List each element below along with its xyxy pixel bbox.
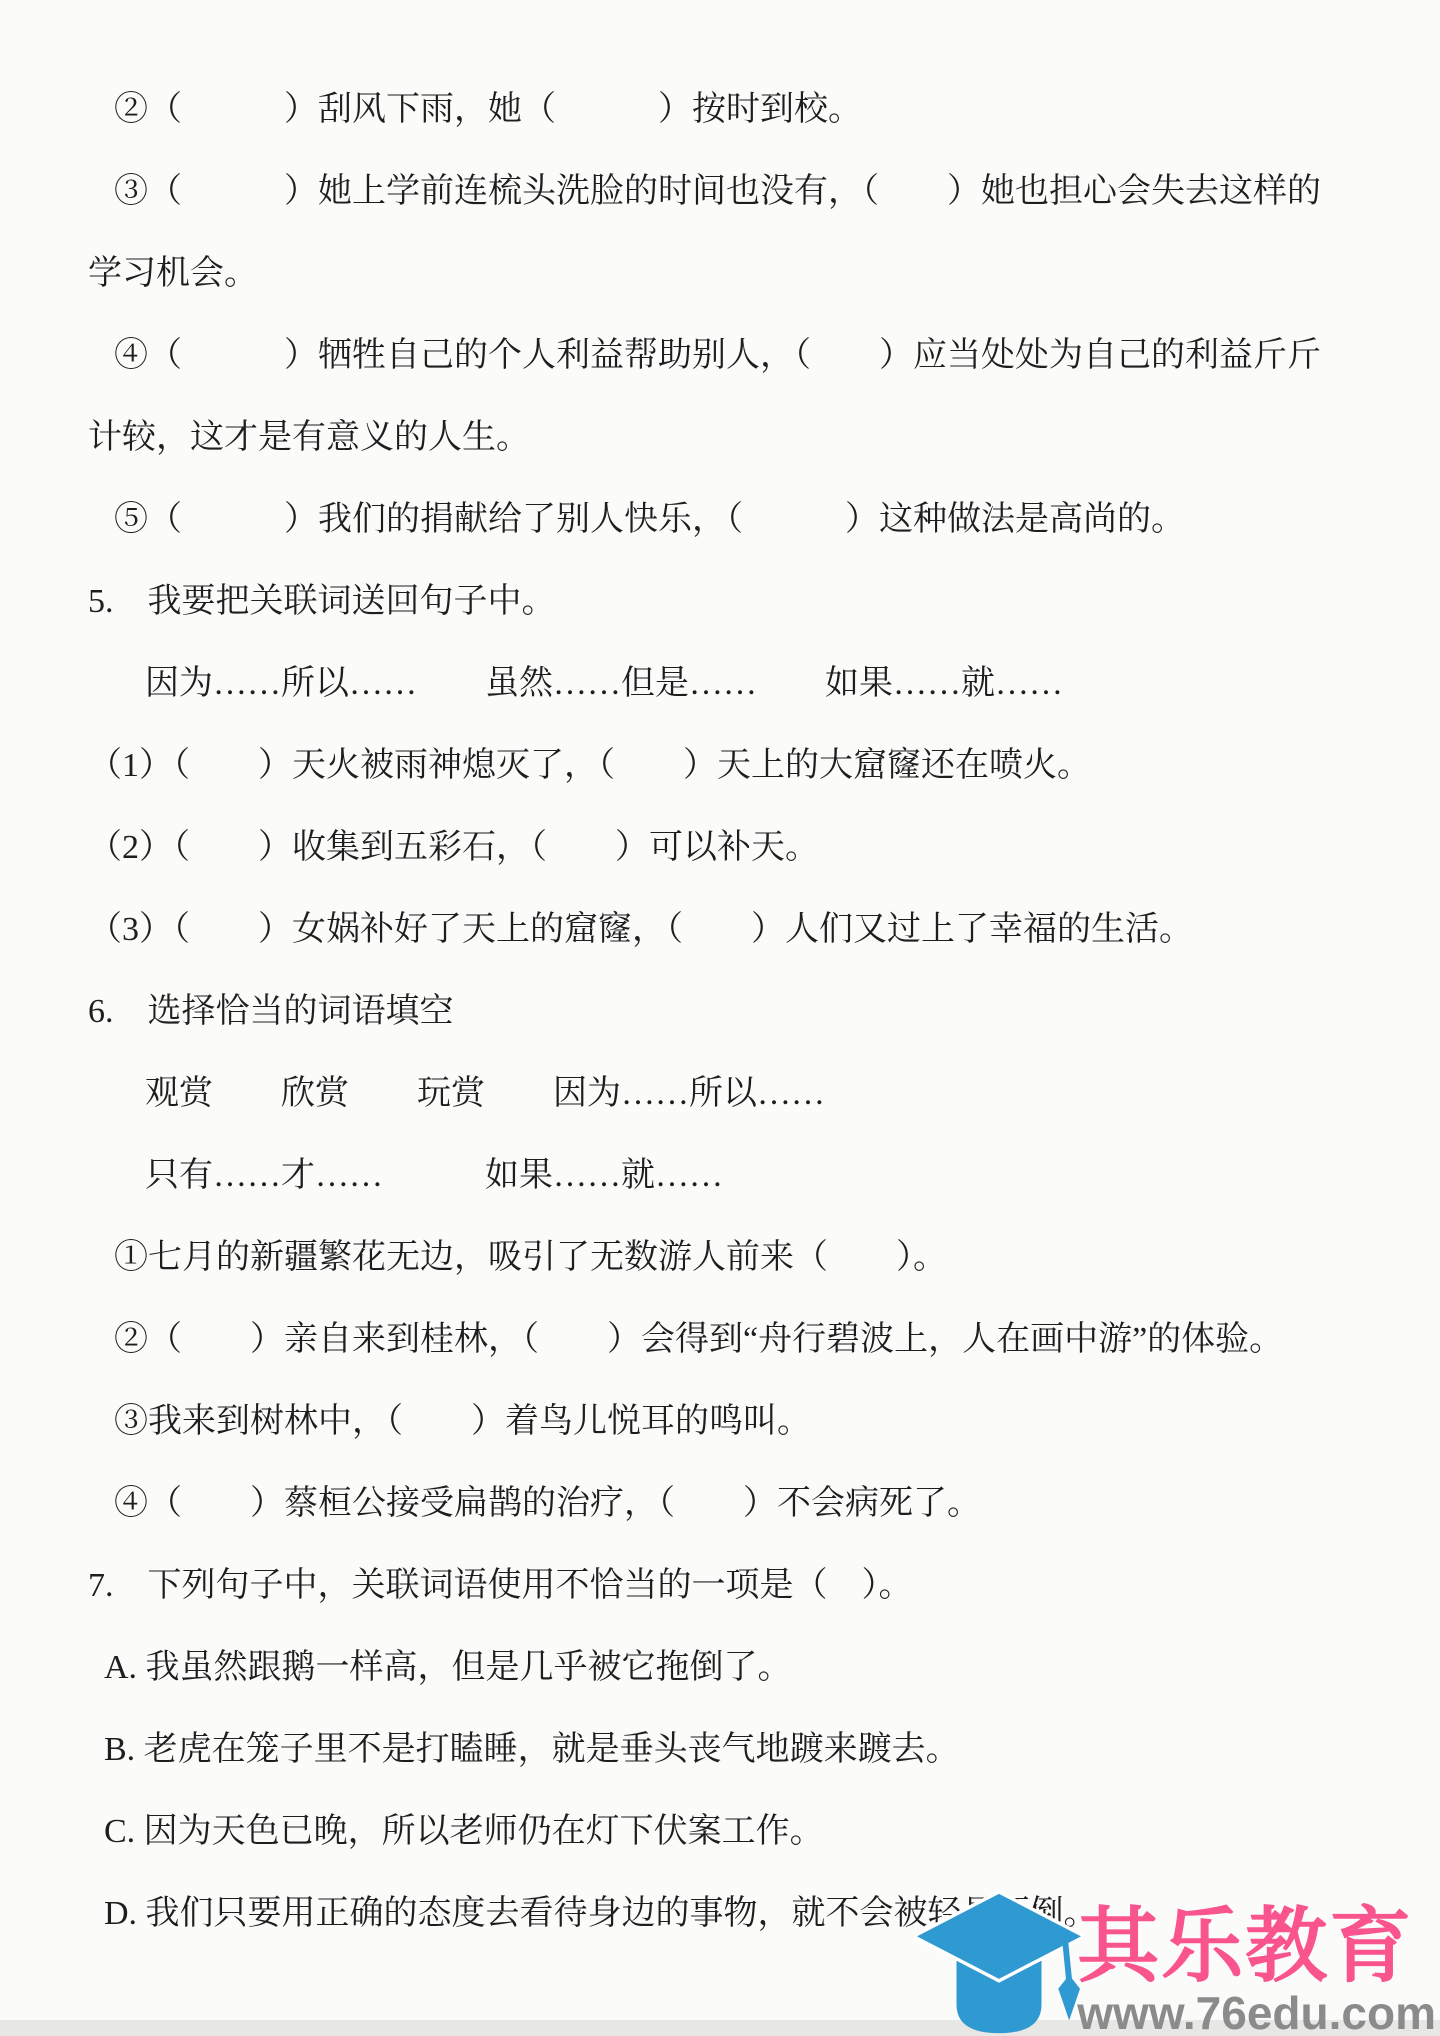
q6-item-1: ①七月的新疆繁花无边，吸引了无数游人前来（ ）。 (88, 1212, 1440, 1294)
q6-item-2: ②（ ）亲自来到桂林，（ ）会得到“舟行碧波上，人在画中游”的体验。 (88, 1294, 1440, 1376)
q6-word-bank-1: 观赏 欣赏 玩赏 因为……所以…… (88, 1048, 1440, 1130)
q6-header: 6. 选择恰当的词语填空 (88, 966, 1440, 1048)
watermark-url: www.76edu.com (1077, 1988, 1436, 2036)
watermark-brand: 其乐教育 (1077, 1906, 1436, 1988)
q4-item-2: ②（ ）刮风下雨，她（ ）按时到校。 (88, 64, 1440, 146)
q5-item-2: （2）（ ）收集到五彩石，（ ）可以补天。 (88, 802, 1440, 884)
q4-item-4: ④（ ）牺牲自己的个人利益帮助别人，（ ）应当处处为自己的利益斤斤 (88, 310, 1440, 392)
q4-item-5: ⑤（ ）我们的捐献给了别人快乐，（ ）这种做法是高尚的。 (88, 474, 1440, 556)
qile-education-watermark: 其乐教育 www.76edu.com (915, 1882, 1436, 2036)
q4-item-3: ③（ ）她上学前连梳头洗脸的时间也没有，（ ）她也担心会失去这样的 (88, 146, 1440, 228)
q4-item-3-wrap: 学习机会。 (88, 228, 1440, 310)
q4-item-4-wrap: 计较，这才是有意义的人生。 (88, 392, 1440, 474)
q6-item-4: ④（ ）蔡桓公接受扁鹊的治疗，（ ）不会病死了。 (88, 1458, 1440, 1540)
q7-option-b: B. 老虎在笼子里不是打瞌睡，就是垂头丧气地踱来踱去。 (88, 1704, 1440, 1786)
q5-word-bank: 因为……所以…… 虽然……但是…… 如果……就…… (88, 638, 1440, 720)
q6-item-3: ③我来到树林中，（ ）着鸟儿悦耳的鸣叫。 (88, 1376, 1440, 1458)
q6-word-bank-2: 只有……才…… 如果……就…… (88, 1130, 1440, 1212)
q7-option-c: C. 因为天色已晚，所以老师仍在灯下伏案工作。 (88, 1786, 1440, 1868)
watermark-text: 其乐教育 www.76edu.com (1077, 1906, 1436, 2036)
q5-item-3: （3）（ ）女娲补好了天上的窟窿，（ ）人们又过上了幸福的生活。 (88, 884, 1440, 966)
q5-header: 5. 我要把关联词送回句子中。 (88, 556, 1440, 638)
q5-item-1: （1）（ ）天火被雨神熄灭了，（ ）天上的大窟窿还在喷火。 (88, 720, 1440, 802)
worksheet-page: ②（ ）刮风下雨，她（ ）按时到校。 ③（ ）她上学前连梳头洗脸的时间也没有，（… (0, 0, 1440, 2036)
q7-header: 7. 下列句子中，关联词语使用不恰当的一项是（ ）。 (88, 1540, 1440, 1622)
q7-option-a: A. 我虽然跟鹅一样高，但是几乎被它拖倒了。 (88, 1622, 1440, 1704)
graduation-cap-icon (915, 1888, 1083, 2036)
